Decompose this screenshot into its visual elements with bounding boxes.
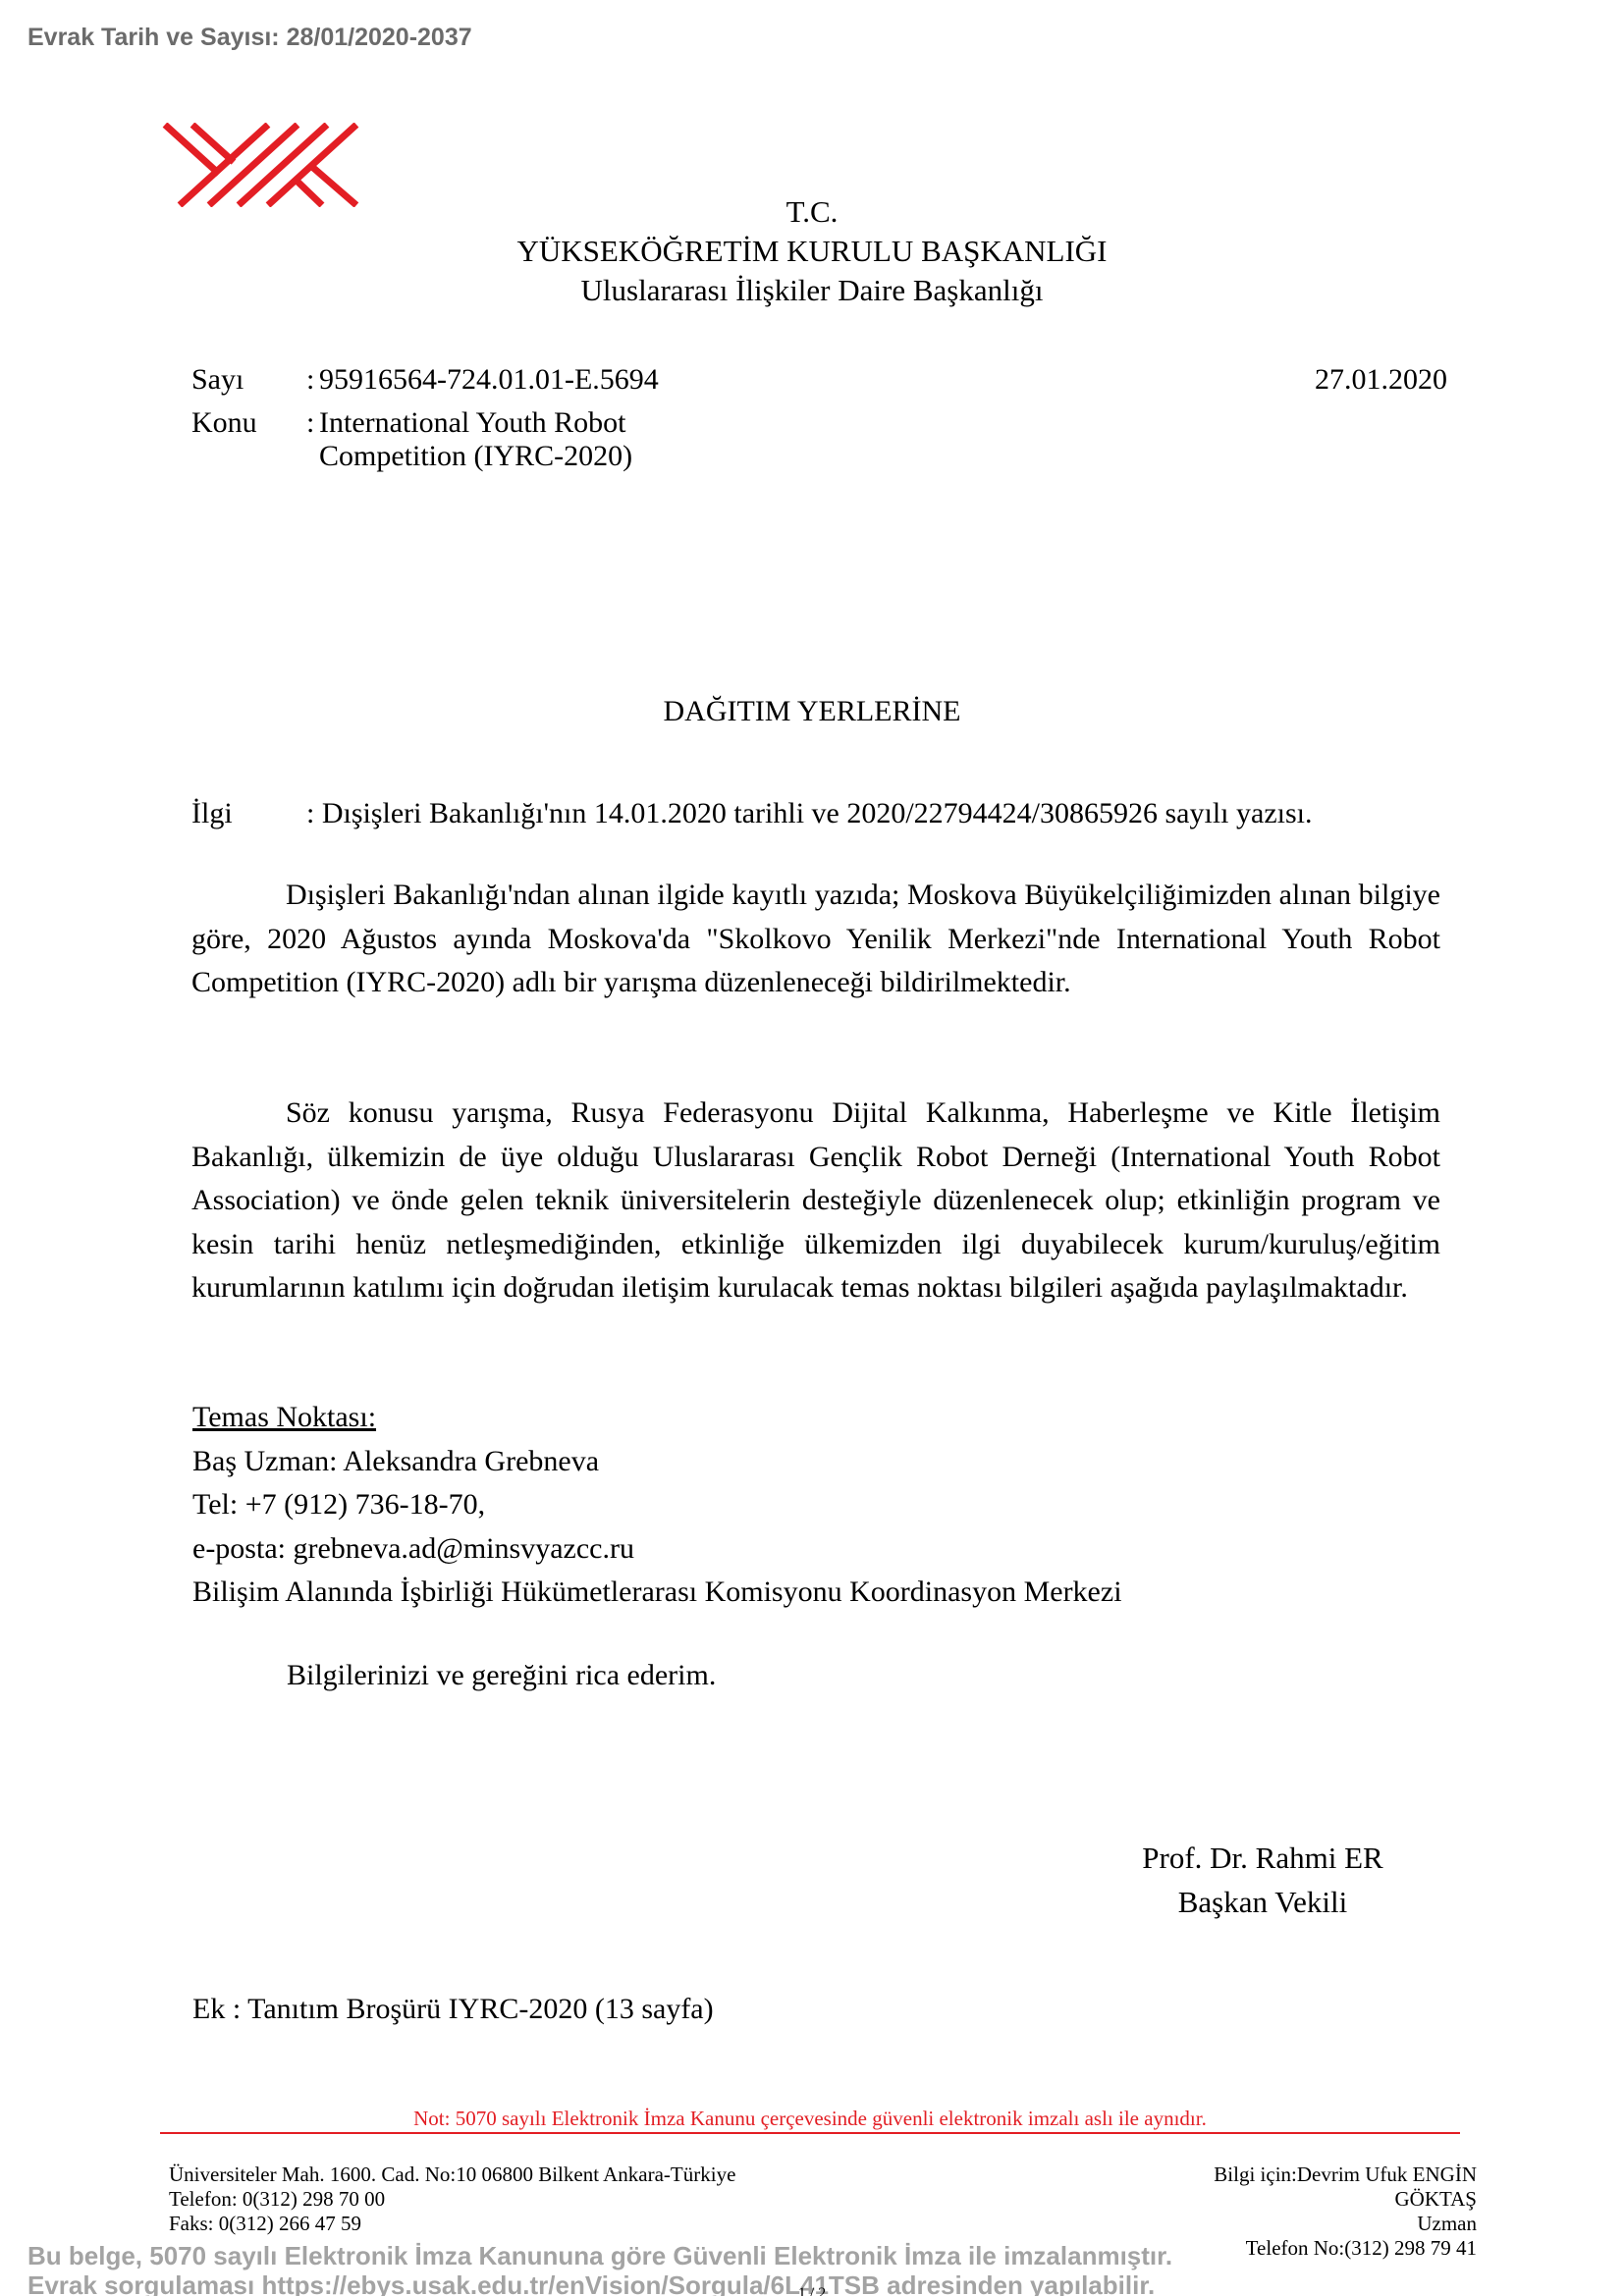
recipient-heading: DAĞITIM YERLERİNE (0, 695, 1624, 728)
contact-email[interactable]: grebneva.ad@minsvyazcc.ru (293, 1532, 633, 1565)
konu-value-line2: Competition (IYRC-2020) (319, 440, 632, 473)
org-name: YÜKSEKÖĞRETİM KURULU BAŞKANLIĞI (0, 232, 1624, 271)
contact-title: Temas Noktası: (192, 1396, 1122, 1440)
signature-block: Prof. Dr. Rahmi ER Başkan Vekili (1066, 1836, 1459, 1924)
org-tc: T.C. (0, 192, 1624, 232)
body-paragraph-1: Dışişleri Bakanlığı'ndan alınan ilgide k… (191, 874, 1440, 1005)
e-signature-watermark: Bu belge, 5070 sayılı Elektronik İmza Ka… (27, 2241, 1172, 2271)
contact-email-label: e-posta: (192, 1532, 293, 1565)
attachment-line: Ek : Tanıtım Broşürü IYRC-2020 (13 sayfa… (192, 1993, 714, 2026)
contact-block: Temas Noktası: Baş Uzman: Aleksandra Gre… (192, 1396, 1122, 1615)
konu-label: Konu (191, 406, 257, 440)
footer-phone: Telefon: 0(312) 298 70 00 (169, 2187, 735, 2212)
footer-address-block: Üniversiteler Mah. 1600. Cad. No:10 0680… (169, 2163, 735, 2236)
org-department: Uluslararası İlişkiler Daire Başkanlığı (0, 271, 1624, 310)
ilgi-text: : Dışişleri Bakanlığı'nın 14.01.2020 tar… (306, 797, 1312, 830)
footer-divider (160, 2132, 1460, 2134)
contact-person: Baş Uzman: Aleksandra Grebneva (192, 1440, 1122, 1484)
signatory-title: Başkan Vekili (1066, 1880, 1459, 1924)
e-signature-note: Not: 5070 sayılı Elektronik İmza Kanunu … (160, 2107, 1460, 2131)
konu-value-line1: International Youth Robot (319, 406, 626, 440)
footer-info-phone: Telefon No:(312) 298 79 41 (1214, 2236, 1477, 2261)
signatory-name: Prof. Dr. Rahmi ER (1066, 1836, 1459, 1880)
footer-info-surname: GÖKTAŞ (1214, 2187, 1477, 2212)
footer-address: Üniversiteler Mah. 1600. Cad. No:10 0680… (169, 2163, 735, 2187)
page-number: 1 / 2 (0, 2289, 1624, 2296)
footer-fax: Faks: 0(312) 266 47 59 (169, 2212, 735, 2236)
sayi-value: 95916564-724.01.01-E.5694 (319, 363, 659, 397)
contact-phone: Tel: +7 (912) 736-18-70, (192, 1483, 1122, 1527)
footer-info-name: Bilgi için:Devrim Ufuk ENGİN (1214, 2163, 1477, 2187)
ilgi-label: İlgi (191, 797, 233, 830)
sayi-label: Sayı (191, 363, 244, 397)
document-date-number-stamp: Evrak Tarih ve Sayısı: 28/01/2020-2037 (27, 24, 472, 52)
konu-colon: : (306, 406, 314, 440)
document-date: 27.01.2020 (1315, 363, 1447, 397)
closing-text: Bilgilerinizi ve gereğini rica ederim. (287, 1659, 716, 1692)
footer-info-block: Bilgi için:Devrim Ufuk ENGİN GÖKTAŞ Uzma… (1214, 2163, 1477, 2261)
footer-info-role: Uzman (1214, 2212, 1477, 2236)
contact-organization: Bilişim Alanında İşbirliği Hükümetlerara… (192, 1571, 1122, 1615)
body-paragraph-2: Söz konusu yarışma, Rusya Federasyonu Di… (191, 1092, 1440, 1310)
contact-email-row: e-posta: grebneva.ad@minsvyazcc.ru (192, 1527, 1122, 1572)
sayi-colon: : (306, 363, 314, 397)
